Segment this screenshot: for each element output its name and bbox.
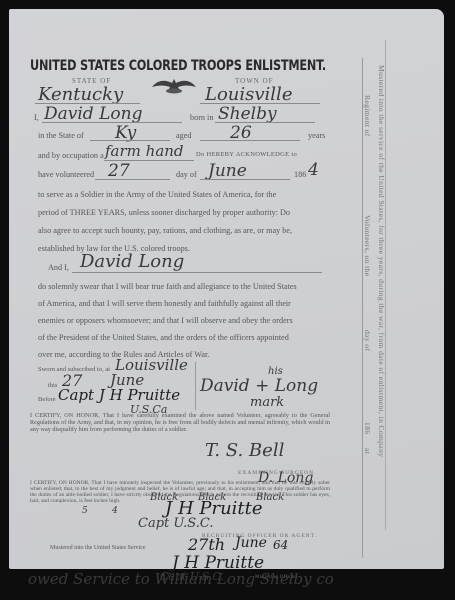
- muster-day-handwritten: 27th: [188, 535, 225, 554]
- state-label: in the State of: [38, 131, 84, 140]
- years-label: years: [308, 131, 325, 140]
- state-handwritten: Kentucky: [38, 84, 123, 105]
- vol-month-line: [200, 179, 290, 180]
- birthplace-handwritten: Shelby: [218, 104, 277, 124]
- day-of-label: day of: [176, 170, 197, 179]
- sidebar-muster-line: Mustered into the service of the United …: [377, 65, 386, 457]
- occupation-handwritten: farm hand: [105, 142, 184, 160]
- footer-note-handwritten: owed Service to William Long Shelby co: [28, 570, 334, 588]
- mark-handwritten: mark: [250, 395, 284, 410]
- oath-name-line: [72, 272, 322, 273]
- sworn-box-divider: [195, 362, 196, 410]
- this-label: this: [48, 382, 57, 389]
- muster-month-handwritten: June: [235, 535, 267, 551]
- oath-line-1: do solemnly swear that I will bear true …: [38, 282, 297, 291]
- vol-month-handwritten: June: [208, 161, 247, 181]
- aged-label: aged: [176, 131, 191, 140]
- before-officer-handwritten: Capt J H Pruitte: [58, 386, 180, 404]
- oath-line-3: enemies or opposers whomsoever; and that…: [38, 316, 293, 325]
- name-line: [42, 122, 182, 123]
- town-handwritten: Louisville: [205, 84, 292, 105]
- surgeon-certification: I CERTIFY, ON HONOR, That I have careful…: [30, 412, 330, 433]
- born-in-label: born in: [190, 113, 213, 122]
- inches-handwritten: 4: [112, 506, 118, 516]
- feet-handwritten: 5: [82, 506, 88, 516]
- birth-state-line: [90, 140, 170, 141]
- muster-year-handwritten: 64: [273, 538, 288, 552]
- oath-line-4: of the President of the United States, a…: [38, 333, 289, 342]
- before-label: Before: [38, 396, 56, 403]
- occupation-label: and by occupation a: [38, 151, 104, 160]
- vol-day-handwritten: 27: [108, 161, 130, 181]
- mustered-label: Mustered into the United States Service: [50, 545, 145, 551]
- year-prefix-label: 186: [294, 170, 306, 179]
- agree-line: also agree to accept such bounty, pay, r…: [38, 226, 292, 235]
- name-handwritten: David Long: [44, 104, 142, 124]
- i-label: I,: [34, 113, 39, 122]
- vol-day-line: [95, 179, 170, 180]
- surgeon-signature: T. S. Bell: [205, 440, 284, 461]
- serve-line: to serve as a Soldier in the Army of the…: [38, 190, 276, 199]
- sidebar-regiment-label: Regiment of: [363, 95, 372, 137]
- period-line: period of THREE YEARS, unless sooner dis…: [38, 208, 290, 217]
- sidebar-at-label: at: [363, 448, 372, 454]
- vol-year-handwritten: 4: [308, 160, 319, 180]
- document-title: UNITED STATES COLORED TROOPS ENLISTMENT.: [30, 58, 326, 74]
- sidebar-day-label: day of: [363, 330, 372, 351]
- and-i-label: And I,: [48, 263, 69, 272]
- recruiter-title-handwritten: Capt U.S.C.: [138, 516, 213, 531]
- volunteered-label: have volunteered: [38, 170, 94, 179]
- inspected-name-handwritten: D. Long: [258, 470, 313, 486]
- eagle-emblem-icon: [150, 75, 198, 95]
- oath-name-handwritten: David Long: [80, 251, 184, 272]
- acknowledge-label: Do HEREBY ACKNOWLEDGE to: [196, 151, 297, 158]
- oath-line-2: of America, and that I will serve them h…: [38, 299, 291, 308]
- age-line: [200, 140, 300, 141]
- sidebar-year-label: 186: [363, 422, 372, 434]
- signature-handwritten: David + Long: [200, 376, 318, 396]
- sidebar-volunteers-label: Volunteers, on the: [363, 215, 372, 276]
